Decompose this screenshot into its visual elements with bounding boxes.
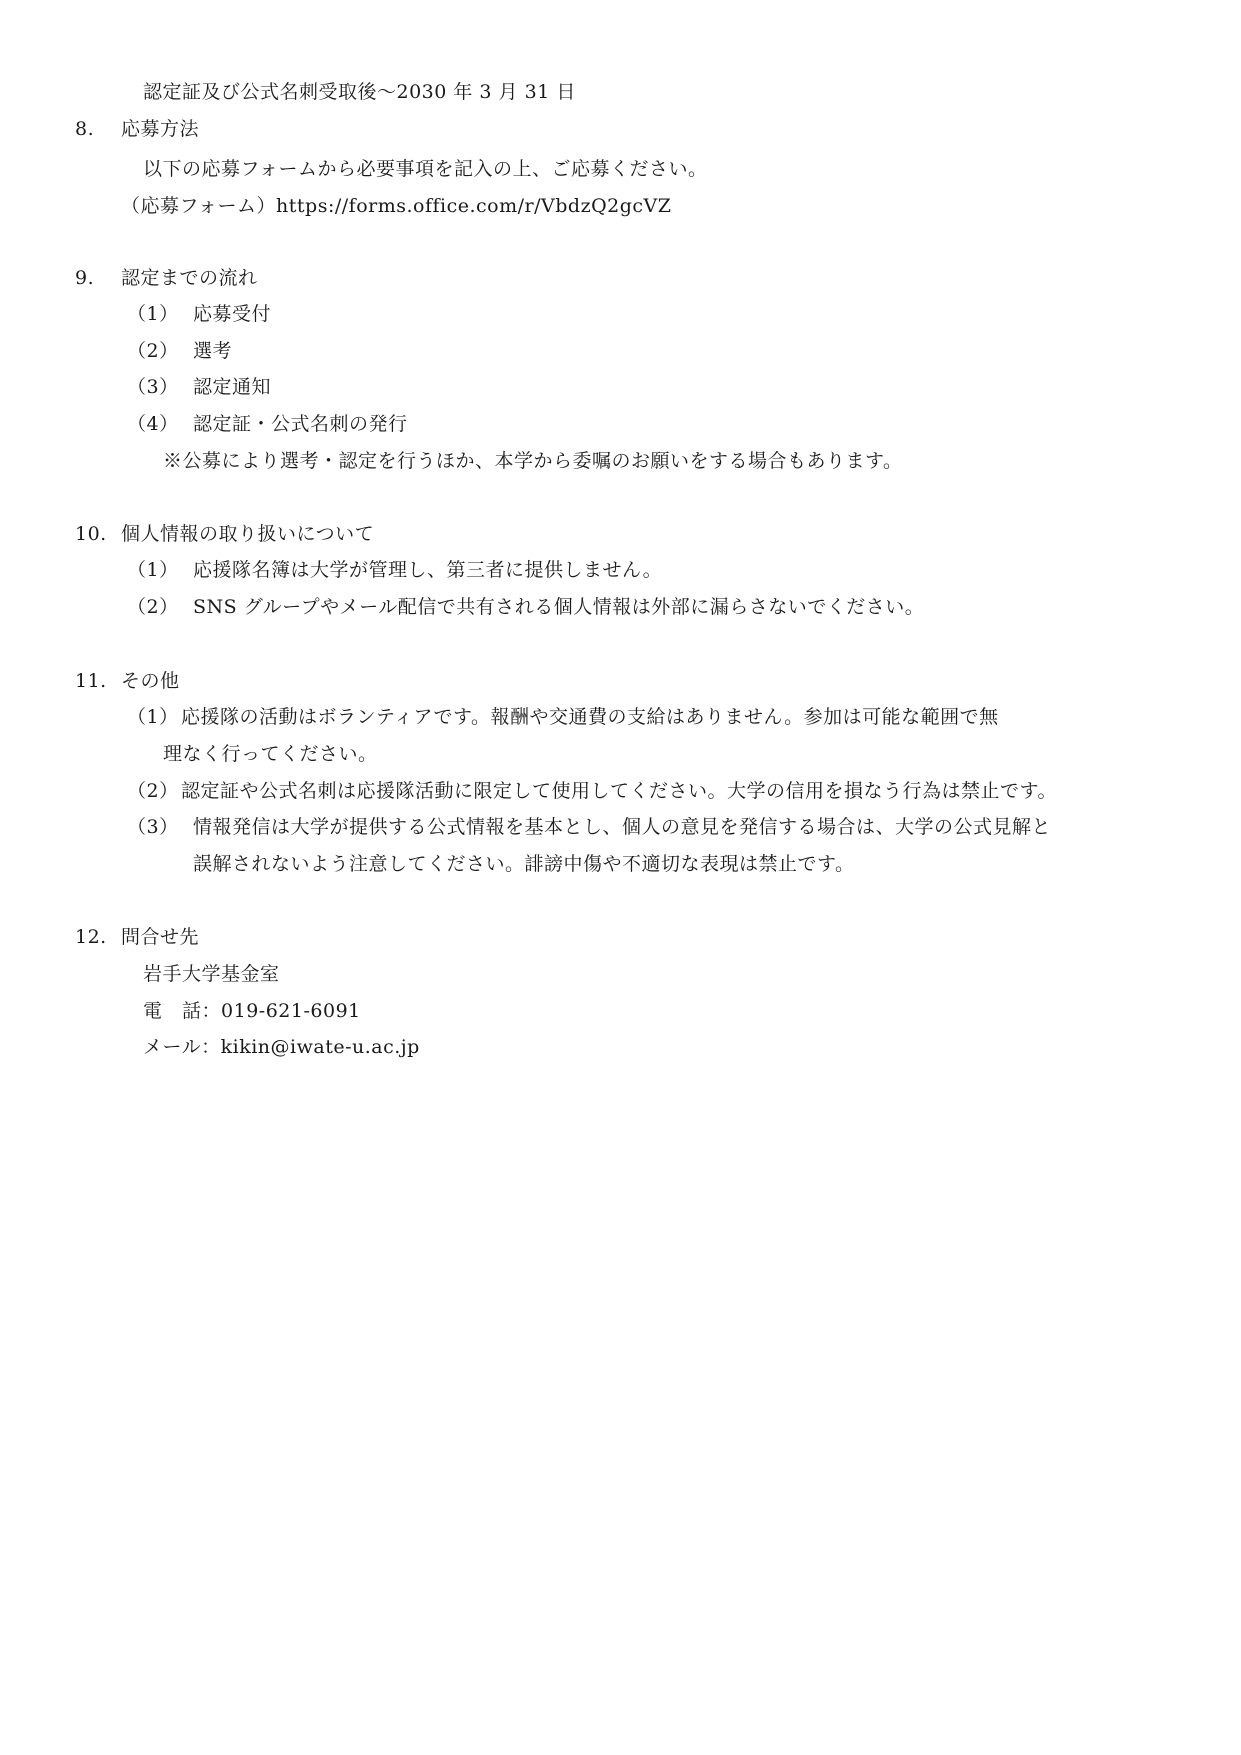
contact-phone: 電 話：019-621-6091 bbox=[143, 997, 361, 1025]
list-text: 選考 bbox=[193, 340, 232, 362]
section-number: 10. bbox=[75, 520, 121, 548]
period-continuation: 認定証及び公式名刺受取後～2030 年 3 月 31 日 bbox=[143, 78, 576, 106]
list-item: （2）選考 bbox=[127, 337, 232, 365]
list-marker: （1） bbox=[127, 300, 193, 328]
list-text: 認定証や公式名刺は応援隊活動に限定して使用してください。大学の信用を損なう行為は… bbox=[181, 780, 1057, 802]
email-label: メール： bbox=[143, 1036, 221, 1058]
list-marker: （1） bbox=[127, 703, 181, 731]
list-text: 応援隊名簿は大学が管理し、第三者に提供しません。 bbox=[193, 559, 662, 581]
phone-number: 019-621-6091 bbox=[221, 1000, 361, 1022]
section-title: 認定までの流れ bbox=[121, 267, 258, 289]
list-text: 応援隊の活動はボランティアです。報酬や交通費の支給はありません。参加は可能な範囲… bbox=[181, 706, 999, 728]
list-item: （2）認定証や公式名刺は応援隊活動に限定して使用してください。大学の信用を損なう… bbox=[127, 777, 1057, 805]
list-text: 情報発信は大学が提供する公式情報を基本とし、個人の意見を発信する場合は、大学の公… bbox=[193, 816, 1051, 838]
list-marker: （4） bbox=[127, 410, 193, 438]
list-marker: （1） bbox=[127, 556, 193, 584]
application-form-link[interactable]: （応募フォーム）https://forms.office.com/r/VbdzQ… bbox=[121, 192, 671, 220]
list-marker: （2） bbox=[127, 337, 193, 365]
section-title: 個人情報の取り扱いについて bbox=[121, 523, 374, 545]
list-marker: （3） bbox=[127, 373, 193, 401]
section-9-heading: 9.認定までの流れ bbox=[75, 264, 258, 292]
list-item: （2）SNS グループやメール配信で共有される個人情報は外部に漏らさないでくださ… bbox=[127, 593, 924, 621]
list-item: （3）情報発信は大学が提供する公式情報を基本とし、個人の意見を発信する場合は、大… bbox=[127, 813, 1051, 841]
section-title: その他 bbox=[121, 670, 180, 692]
email-address[interactable]: kikin@iwate-u.ac.jp bbox=[221, 1036, 420, 1058]
section-8-heading: 8.応募方法 bbox=[75, 115, 199, 143]
selection-note: ※公募により選考・認定を行うほか、本学から委嘱のお願いをする場合もあります。 bbox=[163, 447, 902, 475]
section-number: 8. bbox=[75, 115, 121, 143]
list-item: （1）応援隊の活動はボランティアです。報酬や交通費の支給はありません。参加は可能… bbox=[127, 703, 999, 731]
application-instruction: 以下の応募フォームから必要事項を記入の上、ご応募ください。 bbox=[143, 155, 708, 183]
contact-office: 岩手大学基金室 bbox=[143, 960, 280, 988]
phone-label: 電 話： bbox=[143, 1000, 221, 1022]
list-text: 認定証・公式名刺の発行 bbox=[193, 413, 408, 435]
section-title: 応募方法 bbox=[121, 118, 199, 140]
list-item: （1）応援隊名簿は大学が管理し、第三者に提供しません。 bbox=[127, 556, 662, 584]
list-item-continuation: 誤解されないよう注意してください。誹謗中傷や不適切な表現は禁止です。 bbox=[193, 850, 854, 878]
list-item: （4）認定証・公式名刺の発行 bbox=[127, 410, 408, 438]
section-11-heading: 11.その他 bbox=[75, 667, 180, 695]
list-item: （3）認定通知 bbox=[127, 373, 271, 401]
list-text: 応募受付 bbox=[193, 303, 271, 325]
section-number: 12. bbox=[75, 923, 121, 951]
section-number: 9. bbox=[75, 264, 121, 292]
list-text: 認定通知 bbox=[193, 376, 271, 398]
list-text: SNS グループやメール配信で共有される個人情報は外部に漏らさないでください。 bbox=[193, 596, 924, 618]
list-item-continuation: 理なく行ってください。 bbox=[163, 740, 378, 768]
section-number: 11. bbox=[75, 667, 121, 695]
list-marker: （2） bbox=[127, 777, 181, 805]
section-10-heading: 10.個人情報の取り扱いについて bbox=[75, 520, 374, 548]
contact-email: メール：kikin@iwate-u.ac.jp bbox=[143, 1033, 420, 1061]
list-item: （1）応募受付 bbox=[127, 300, 271, 328]
list-marker: （3） bbox=[127, 813, 193, 841]
section-title: 問合せ先 bbox=[121, 926, 199, 948]
section-12-heading: 12.問合せ先 bbox=[75, 923, 199, 951]
list-marker: （2） bbox=[127, 593, 193, 621]
